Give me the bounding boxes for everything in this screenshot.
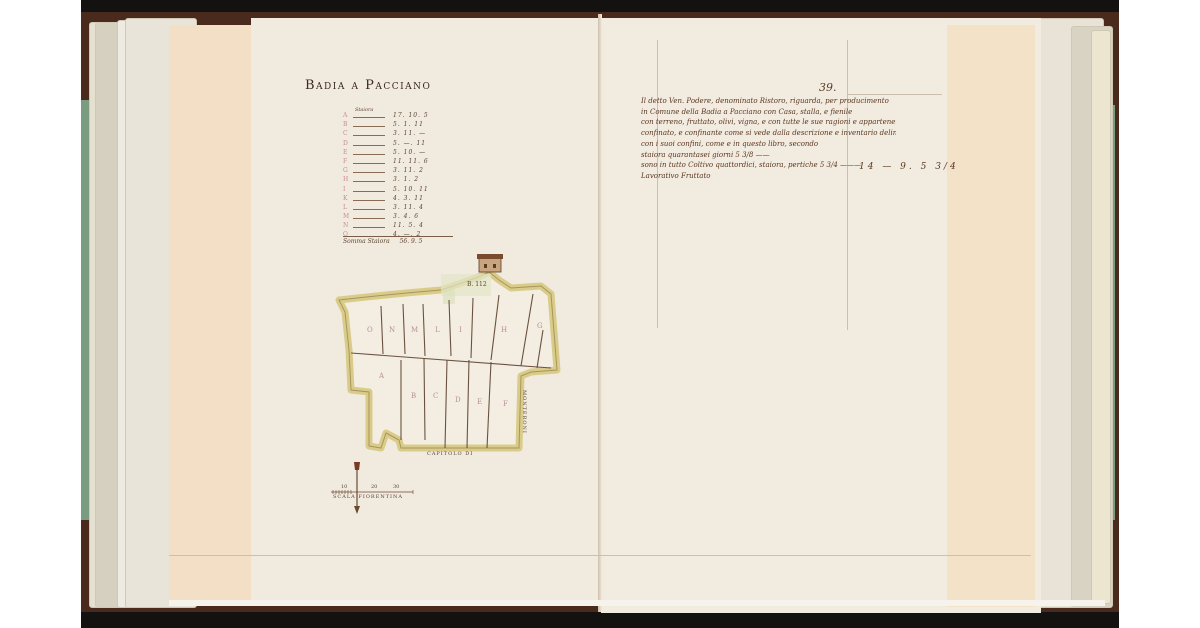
scale-label: SCALA FIORENTINA (333, 494, 403, 500)
table-row: G3. 11. 2 (343, 167, 443, 176)
svg-text:I: I (459, 326, 462, 334)
right-page-fold-line (601, 555, 1031, 556)
book-gutter (598, 14, 602, 612)
ruled-margin-right (847, 40, 848, 330)
road-label-right: MONTERONI (521, 390, 527, 434)
svg-text:20: 20 (371, 484, 377, 490)
map-scale: 10 20 30 SCALA FIORENTINA (327, 460, 417, 515)
svg-text:30: 30 (393, 484, 399, 490)
table-row: L3. 11. 4 (343, 204, 443, 213)
endpaper-left (81, 100, 89, 520)
text-line: confinato, e confinante come si vede dal… (641, 128, 896, 139)
text-line: staiora quarantasei giorni 5 3/8 —— (641, 150, 896, 161)
svg-text:D: D (455, 396, 461, 404)
text-line: con i suoi confini, come e in questo lib… (641, 139, 896, 150)
amount-value: 14 — 9. 5 3/4 (859, 162, 959, 172)
table-row: D5. —. 11 (343, 140, 443, 149)
right-margin-paper (947, 25, 1035, 607)
table-total-value: 56. 9. 5 (400, 238, 423, 245)
text-line: con terreno, fruttato, olivi, vigna, e c… (641, 117, 896, 128)
table-row: H3. 1. 2 (343, 176, 443, 185)
svg-text:F: F (503, 400, 508, 408)
table-row: M3. 4. 6 (343, 213, 443, 222)
svg-text:M: M (411, 326, 418, 334)
road-label-bottom: CAPITOLO DI (427, 451, 473, 455)
table-total-label: Somma Staiora (343, 238, 390, 245)
folio-number: 39. (819, 81, 837, 94)
svg-text:B: B (411, 392, 416, 400)
svg-text:H: H (501, 326, 507, 334)
svg-text:N: N (389, 326, 395, 334)
left-page-fold-line (169, 555, 669, 556)
table-row: A17. 10. 5 (343, 112, 443, 121)
north-arrow-icon: 10 20 30 (327, 460, 417, 515)
svg-text:C: C (433, 392, 438, 400)
table-row: C3. 11. — (343, 130, 443, 139)
text-line: Lavorativo Fruttato (641, 171, 896, 182)
svg-text:10: 10 (341, 484, 347, 490)
farmhouse-icon (477, 254, 503, 272)
table-row: F11. 11. 6 (343, 158, 443, 167)
building-label: B. 112 (467, 281, 487, 288)
estate-map: ONM LIHG ABC DEF B. 112 CAPITOLO DI MONT… (331, 250, 571, 455)
page-title: Badia a Pacciano (305, 78, 431, 93)
page-bottom-edge (169, 600, 1105, 606)
table-total: Somma Staiora 56. 9. 5 (343, 236, 453, 245)
ruled-column-line (847, 94, 942, 95)
svg-text:E: E (477, 398, 482, 406)
left-margin-paper (169, 25, 255, 603)
book-photo: Badia a Pacciano Staiora A17. 10. 5 B5. … (81, 0, 1119, 628)
svg-text:G: G (537, 322, 543, 330)
table-row: K4. 3. 11 (343, 195, 443, 204)
page-edges-right-inner (1091, 30, 1111, 604)
svg-text:A: A (378, 372, 385, 380)
area-table: Staiora A17. 10. 5 B5. 1. 11 C3. 11. — D… (343, 112, 443, 241)
table-row: E5. 10. — (343, 149, 443, 158)
svg-text:L: L (435, 326, 440, 334)
table-row: N11. 5. 4 (343, 222, 443, 231)
text-line: sono in tutto Coltivo quattordici, staio… (641, 160, 896, 171)
svg-text:O: O (367, 326, 373, 334)
text-line: Il detto Ven. Podere, denominato Ristoro… (641, 96, 896, 107)
text-line: in Comune della Badia a Pacciano con Cas… (641, 107, 896, 118)
manuscript-text: Il detto Ven. Podere, denominato Ristoro… (641, 96, 896, 182)
table-row: I5. 10. 11 (343, 186, 443, 195)
table-row: B5. 1. 11 (343, 121, 443, 130)
ruled-margin-left (657, 40, 658, 328)
